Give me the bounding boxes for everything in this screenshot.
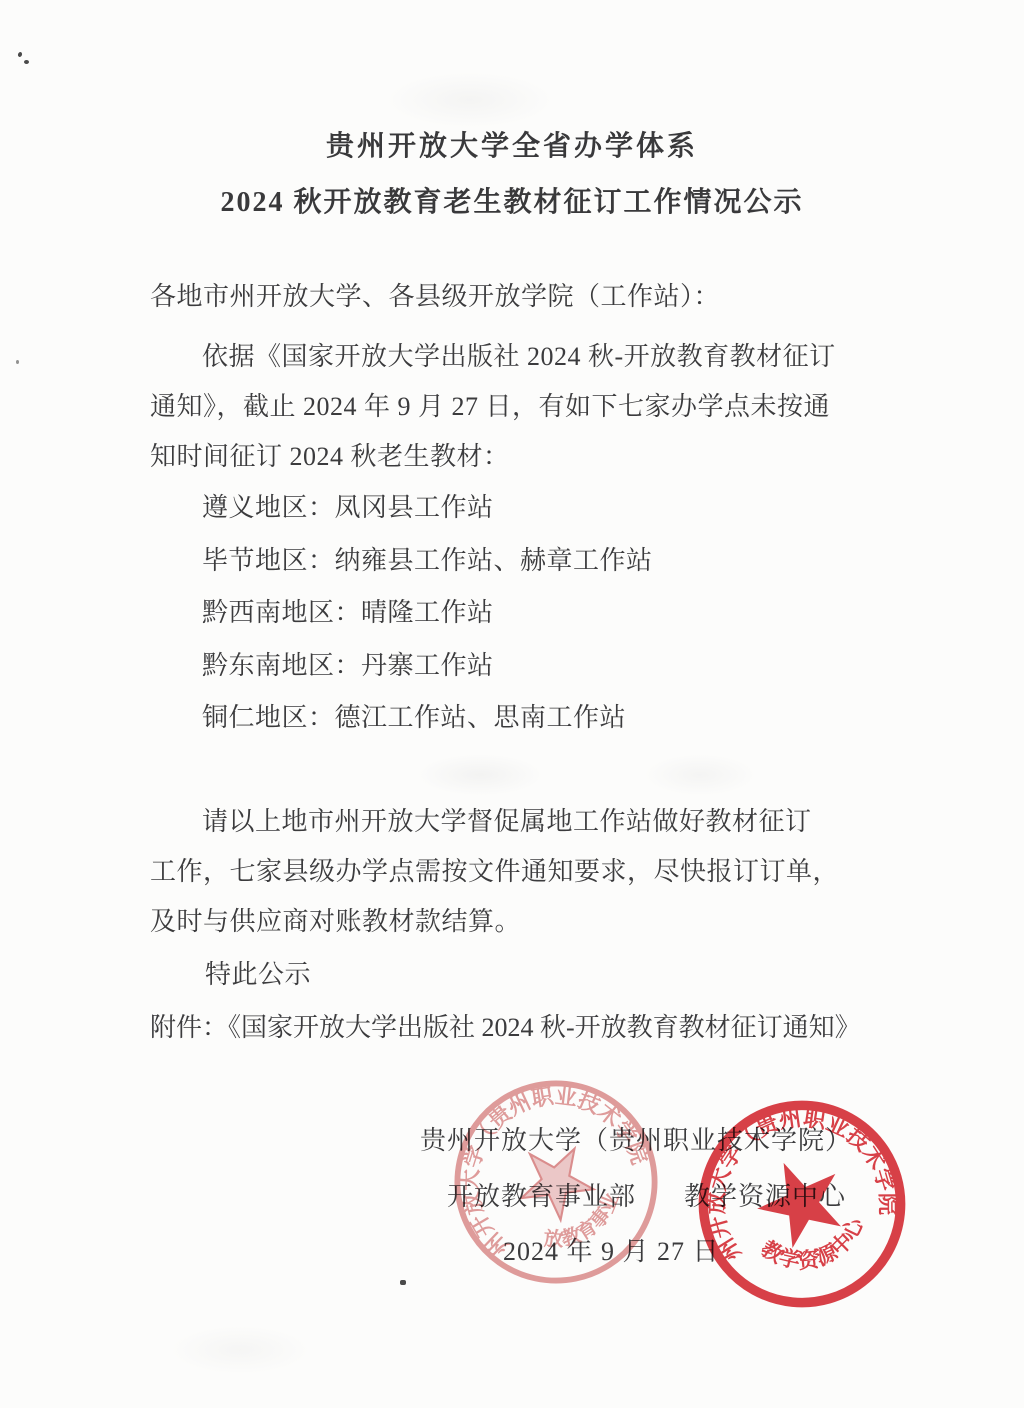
- paragraph-2-line: 及时与供应商对账教材款结算。: [150, 897, 880, 947]
- attachment-line: 附件：《国家开放大学出版社 2024 秋-开放教育教材征订通知》: [150, 1003, 880, 1053]
- scan-speck: [17, 51, 22, 57]
- paragraph-1-line: 通知》，截止 2024 年 9 月 27 日，有如下七家办学点未按通: [150, 382, 880, 432]
- paragraph-2-line: 工作，七家县级办学点需按文件通知要求，尽快报订订单，: [150, 847, 880, 897]
- paragraph-1-line: 知时间征订 2024 秋老生教材：: [150, 432, 880, 482]
- closing-statement: 特此公示: [150, 950, 935, 1000]
- signature-org-line2: 开放教育事业部教学资源中心: [447, 1176, 846, 1213]
- station-list-item: 遵义地区：凤冈县工作站: [150, 482, 880, 535]
- station-list: 遵义地区：凤冈县工作站 毕节地区：纳雍县工作站、赫章工作站 黔西南地区：晴隆工作…: [150, 482, 880, 745]
- station-list-item: 黔西南地区：晴隆工作站: [150, 587, 880, 640]
- station-list-item: 铜仁地区：德江工作站、思南工作站: [150, 692, 880, 745]
- signature-org-line1: 贵州开放大学（贵州职业技术学院）: [420, 1120, 852, 1157]
- paragraph-2-line: 请以上地市州开放大学督促属地工作站做好教材征订: [150, 797, 880, 847]
- scan-speck: [24, 60, 29, 64]
- paragraph-2: 请以上地市州开放大学督促属地工作站做好教材征订 工作，七家县级办学点需按文件通知…: [150, 797, 880, 947]
- station-list-item: 毕节地区：纳雍县工作站、赫章工作站: [150, 535, 880, 588]
- seal-bottom-text: 教学资源中心: [752, 1208, 877, 1286]
- scan-speck: [400, 1280, 406, 1285]
- document-title-line1: 贵州开放大学全省办学体系: [0, 124, 1024, 164]
- signature-dept: 开放教育事业部: [447, 1182, 636, 1211]
- paragraph-1-line: 依据《国家开放大学出版社 2024 秋-开放教育教材征订: [150, 332, 880, 382]
- scan-speck: [16, 360, 19, 364]
- signature-date: 2024 年 9 月 27 日: [503, 1231, 720, 1268]
- paragraph-1: 依据《国家开放大学出版社 2024 秋-开放教育教材征订 通知》，截止 2024…: [150, 332, 880, 482]
- station-list-item: 黔东南地区：丹寨工作站: [150, 640, 880, 693]
- signature-center: 教学资源中心: [684, 1182, 846, 1211]
- document-page: 贵州开放大学全省办学体系 2024 秋开放教育老生教材征订工作情况公示 各地市州…: [0, 0, 1024, 1408]
- document-title-line2: 2024 秋开放教育老生教材征订工作情况公示: [0, 180, 1024, 220]
- salutation: 各地市州开放大学、各县级开放学院（工作站）：: [150, 272, 880, 322]
